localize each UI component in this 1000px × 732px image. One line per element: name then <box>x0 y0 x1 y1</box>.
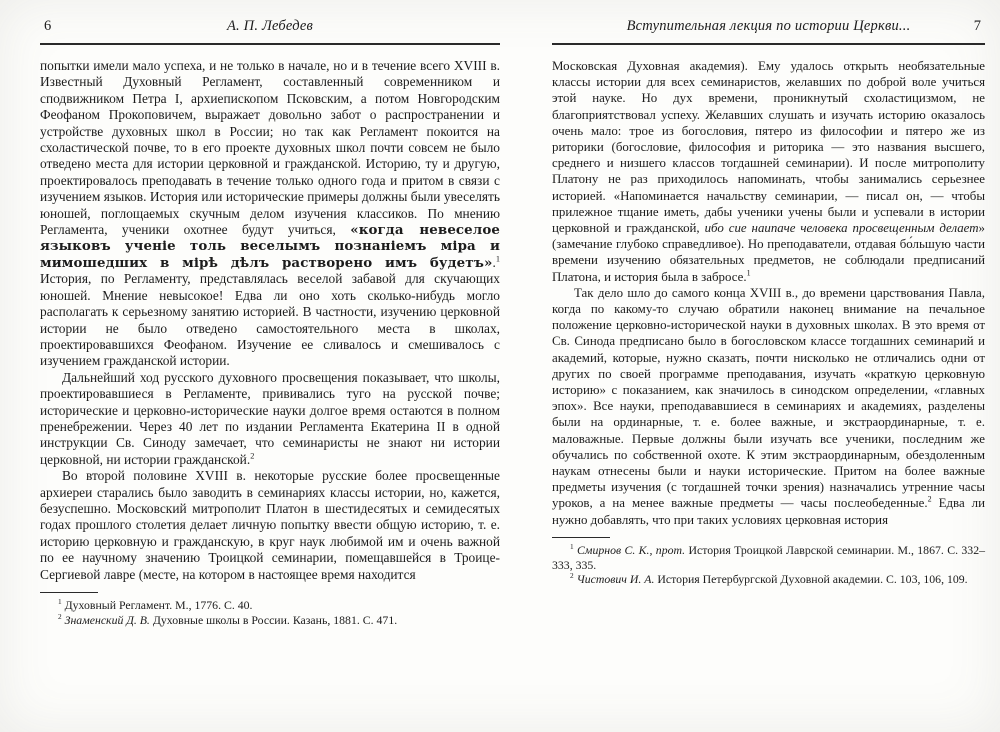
body-paragraph: Московская Духовная академия). Ему удало… <box>552 58 985 285</box>
body-paragraph: Так дело шло до самого конца XVIII в., д… <box>552 285 985 528</box>
footnote-marker: 1 <box>747 268 751 277</box>
body-paragraph: Дальнейший ход русского духовного просве… <box>40 370 500 468</box>
text-segment: История, по Регламенту, представлялась в… <box>40 271 500 368</box>
body-paragraph: Во второй половине XVIII в. некоторые ру… <box>40 468 500 583</box>
text-segment: попытки имели мало успеха, и не только в… <box>40 58 500 237</box>
header-rule <box>40 43 500 45</box>
footnote-list: 1 Смирнов С. К., прот. История Троицкой … <box>552 543 985 587</box>
text-segment: ибо сие наипаче человека просвещенным де… <box>705 221 979 235</box>
page-body: попытки имели мало успеха, и не только в… <box>40 58 500 583</box>
text-segment: Чистович И. А. <box>577 572 655 586</box>
body-paragraph: попытки имели мало успеха, и не только в… <box>40 58 500 370</box>
text-segment: Смирнов С. К., прот. <box>577 543 685 557</box>
footnote: 2 Знаменский Д. В. Духовные школы в Росс… <box>40 613 500 628</box>
text-segment: Знаменский Д. В. <box>65 613 150 627</box>
footnote-marker: 1 <box>496 254 500 263</box>
text-segment: Московская Духовная академия). Ему удало… <box>552 59 985 235</box>
footnote-marker: 2 <box>250 451 254 460</box>
book-spread: 6 А. П. Лебедев попытки имели мало успех… <box>0 0 1000 732</box>
page-right: 7 Вступительная лекция по истории Церкви… <box>552 18 985 587</box>
page-header: 6 А. П. Лебедев <box>40 18 500 40</box>
footnote: 1 Духовный Регламент. М., 1776. С. 40. <box>40 598 500 613</box>
page-left: 6 А. П. Лебедев попытки имели мало успех… <box>40 18 500 628</box>
text-segment: История Петербургской Духовной академии.… <box>654 572 967 586</box>
running-head: А. П. Лебедев <box>40 18 500 35</box>
footnote: 2 Чистович И. А. История Петербургской Д… <box>552 572 985 587</box>
header-rule <box>552 43 985 45</box>
footnote-rule <box>40 592 98 593</box>
text-segment: Дальнейший ход русского духовного просве… <box>40 370 500 467</box>
page-number: 7 <box>974 18 981 35</box>
page-number: 6 <box>44 18 51 35</box>
footnotes: 1 Духовный Регламент. М., 1776. С. 40.2 … <box>40 592 500 628</box>
text-segment: Духовный Регламент. М., 1776. С. 40. <box>62 598 253 612</box>
text-segment: Духовные школы в России. Казань, 1881. С… <box>150 613 397 627</box>
text-segment: Во второй половине XVIII в. некоторые ру… <box>40 468 500 581</box>
footnotes: 1 Смирнов С. К., прот. История Троицкой … <box>552 537 985 587</box>
footnote: 1 Смирнов С. К., прот. История Троицкой … <box>552 543 985 573</box>
page-body: Московская Духовная академия). Ему удало… <box>552 58 985 528</box>
footnote-rule <box>552 537 610 538</box>
running-head: Вступительная лекция по истории Церкви..… <box>552 18 985 35</box>
footnote-list: 1 Духовный Регламент. М., 1776. С. 40.2 … <box>40 598 500 628</box>
text-segment: Так дело шло до самого конца XVIII в., д… <box>552 286 985 511</box>
page-header: 7 Вступительная лекция по истории Церкви… <box>552 18 985 40</box>
